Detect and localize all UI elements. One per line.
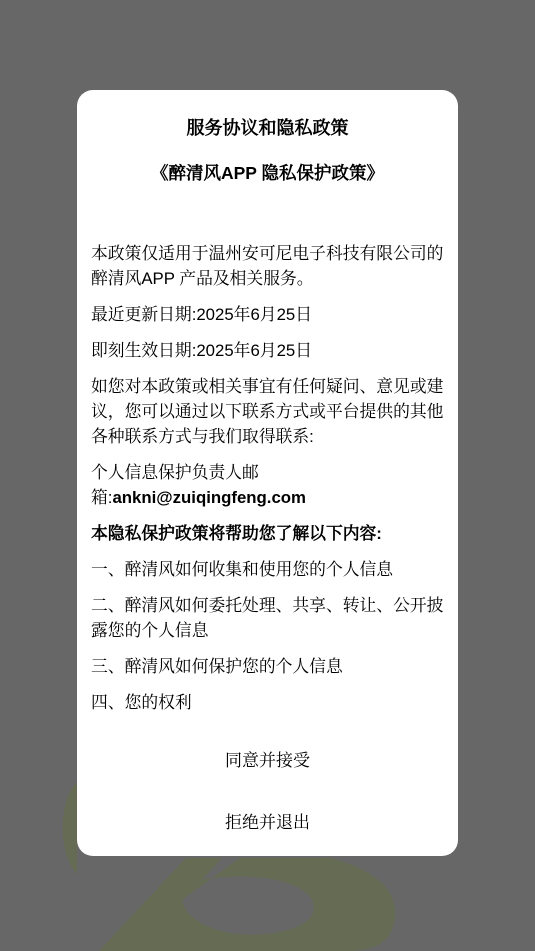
effective-date-line: 即刻生效日期:2025年6月25日 [91, 338, 444, 363]
contact-email-line: 个人信息保护负责人邮箱:ankni@zuiqingfeng.com [91, 460, 444, 510]
privacy-policy-dialog: 服务协议和隐私政策 《醉清风APP 隐私保护政策》 本政策仅适用于温州安可尼电子… [77, 90, 458, 856]
toc-item-1: 一、醉清风如何收集和使用您的个人信息 [91, 557, 444, 582]
contact-email-label: 个人信息保护负责人邮 [91, 463, 259, 482]
dimmed-splash-screen: 服务协议和隐私政策 《醉清风APP 隐私保护政策》 本政策仅适用于温州安可尼电子… [0, 0, 535, 951]
toc-item-2: 二、醉清风如何委托处理、共享、转让、公开披露您的个人信息 [91, 593, 444, 643]
updated-date-line: 最近更新日期:2025年6月25日 [91, 302, 444, 327]
logo-bowl [110, 858, 395, 951]
toc-item-4: 四、您的权利 [91, 690, 444, 715]
policy-scope-text: 本政策仅适用于温州安可尼电子科技有限公司的醉清风APP 产品及相关服务。 [91, 241, 444, 291]
contents-heading: 本隐私保护政策将帮助您了解以下内容: [91, 521, 444, 546]
agree-accept-button[interactable]: 同意并接受 [91, 748, 444, 773]
logo-stem [99, 858, 222, 951]
dialog-title: 服务协议和隐私政策 [91, 117, 444, 139]
logo-arc-sliver [63, 782, 77, 874]
policy-document-title: 《醉清风APP 隐私保护政策》 [91, 162, 444, 184]
contact-email-label-suffix: 箱: [91, 488, 112, 507]
toc-item-3: 三、醉清风如何保护您的个人信息 [91, 654, 444, 679]
contact-email-value: ankni@zuiqingfeng.com [112, 488, 306, 507]
contact-intro-text: 如您对本政策或相关事宜有任何疑问、意见或建议，您可以通过以下联系方式或平台提供的… [91, 374, 444, 449]
reject-exit-button[interactable]: 拒绝并退出 [91, 810, 444, 835]
